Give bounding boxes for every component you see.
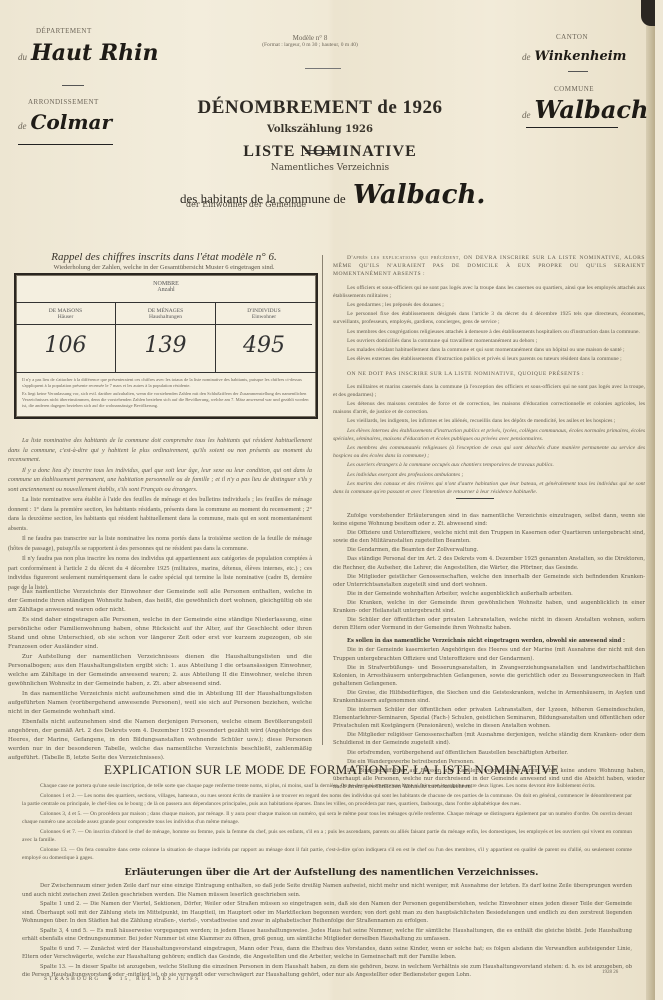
paragraph: Spalte 1 und 2. — Die Namen der Viertel,… [22, 900, 632, 926]
paragraph: Die Offiziere und Unteroffiziere, welche… [333, 529, 645, 545]
paragraph: Die internen Schüler der öffentlichen od… [333, 706, 645, 730]
paragraph: Les malades résidant habituellement dans… [333, 346, 645, 354]
erlaeuterungen-title: Erläuterungen über die Art der Aufstellu… [0, 867, 663, 878]
liste-title-german: Namentliches Verzeichnis [230, 163, 430, 173]
paragraph: Spalte 3, 4 und 5. — Es muß häuserweise … [22, 927, 632, 944]
printer-logo-icon: ❦ [108, 976, 113, 982]
paragraph: Colonnes 3, 4 et 5. — On procédera par m… [22, 810, 632, 827]
census-form-page: DÉPARTEMENT du Haut Rhin ARRONDISSEMENT … [0, 0, 655, 1000]
paragraph: Die Kranken, welche in der Gemeinde ihre… [333, 599, 645, 615]
paragraph: Il y a donc lieu d'y inscrire tous les i… [8, 466, 312, 495]
paragraph: Le personnel fixe des établissements dés… [333, 310, 645, 326]
paragraph: Les vieillards, les indigents, les infir… [333, 417, 645, 425]
paragraph: Les élèves externes des établissements d… [333, 355, 645, 363]
right-german-text: Zufolge vorstehender Erläuterungen sind … [333, 512, 645, 792]
nombre-label-german: Anzahl [16, 287, 316, 293]
explication-text: Chaque case ne portera qu'une seule insc… [22, 782, 632, 864]
modele-number: Modèle n° 8 [230, 34, 390, 42]
arrondissement-label: ARRONDISSEMENT [28, 98, 99, 106]
printer-imprint: STRASBOURG ❦ 15, RUE DES JUIFS [44, 976, 200, 982]
paragraph: Les élèves internes des établissements d… [333, 427, 645, 443]
paragraph: Les militaires et marins casernés dans l… [333, 383, 645, 399]
left-german-text: Das namentliche Verzeichnis der Einwohne… [8, 588, 312, 764]
divider [568, 71, 588, 72]
liste-title: LISTE NOMINATIVE [180, 143, 480, 161]
left-french-text: La liste nominative des habitants de la … [8, 436, 312, 593]
explication-title: EXPLICATION SUR LE MODE DE FORMATION DE … [0, 762, 663, 778]
divider [16, 372, 316, 373]
format-note: (Format : largeur, 0 m 30 ; hauteur, 0 m… [215, 42, 405, 48]
paragraph: Es sind daher eingetragen alle Personen,… [8, 616, 312, 652]
individus-value: 495 [216, 325, 312, 358]
rappel-title: Rappel des chiffres inscrits dans l'état… [14, 251, 314, 263]
paragraph: Die in der Gemeinde wohnhaften Arbeiter,… [333, 590, 645, 598]
page-title-german: Volkszählung 1926 [220, 124, 420, 135]
canton-prefix: de [522, 52, 531, 62]
print-reference: 1928 26 [602, 970, 618, 975]
paragraph: Die Mitglieder geistlicher Genossenschaf… [333, 573, 645, 589]
commune-label: COMMUNE [554, 85, 594, 93]
paper-edge [646, 0, 655, 1000]
divider [456, 498, 494, 499]
individus-column: D'INDIVIDUSEinwohner 495 [216, 303, 312, 373]
paragraph: Colonnes 1 et 2. — Les noms des quartier… [22, 792, 632, 809]
arrondissement-value: Colmar [31, 110, 113, 134]
arrondissement-field: de Colmar [18, 110, 112, 134]
rappel-title-german: Wiederholung der Zahlen, welche in der G… [14, 264, 314, 271]
menages-value: 139 [116, 325, 215, 358]
paragraph: Das namentliche Verzeichnis der Einwohne… [8, 588, 312, 615]
paragraph: Zur Aufstellung der namentlichen Verzeic… [8, 653, 312, 689]
arrondissement-prefix: de [18, 121, 27, 131]
paragraph: Die Mitglieder religiöser Genossenschaft… [333, 731, 645, 747]
paragraph: Il n'y faudra pas non plus inscrire les … [8, 554, 312, 592]
paragraph: Die Schüler der öffentlichen oder privat… [333, 616, 645, 632]
paragraph: La liste nominative sera établie à l'aid… [8, 495, 312, 533]
paragraph: Les marins des canaux et des rivières qu… [333, 480, 645, 496]
paragraph: Die Gendarmen, die Beamten der Zollverwa… [333, 546, 645, 554]
menages-header: DE MÉNAGESHaushaltungen [116, 303, 215, 325]
departement-value: Haut Rhin [31, 40, 159, 66]
departement-prefix: du [18, 52, 27, 62]
underline [18, 144, 113, 145]
canton-field: de Winkenheim [522, 47, 626, 65]
departement-field: du Haut Rhin [18, 40, 159, 66]
canton-label: CANTON [556, 33, 588, 41]
paragraph: Das ständige Personal der im Art. 2 des … [333, 555, 645, 571]
column-label-german: Häuser [16, 314, 115, 320]
rappel-note-french: Il n'y a pas lieu de s'attacher à la dif… [22, 377, 310, 389]
paragraph: Die in Strafverbüßungs- und Besserungsan… [333, 664, 645, 688]
individus-header: D'INDIVIDUSEinwohner [216, 303, 312, 325]
paragraph: Die ortsfremden, vorübergehend auf öffen… [333, 749, 645, 757]
canton-value: Winkenheim [535, 49, 627, 64]
column-label-german: Haushaltungen [116, 314, 215, 320]
commune-field: de Walbach [522, 95, 648, 124]
paragraph: Les individus exerçant des professions a… [333, 471, 645, 479]
underline [526, 127, 618, 128]
paragraph: Les gendarmes ; les préposés des douanes… [333, 301, 645, 309]
right-french-text: D'après les explications qui précèdent, … [333, 254, 645, 497]
paragraph: Die in der Gemeinde kasernierten Angehör… [333, 646, 645, 662]
paragraph: Colonnes 6 et 7. — On inscrira d'abord l… [22, 828, 632, 845]
rappel-note: Il n'y a pas lieu de s'attacher à la dif… [22, 377, 310, 409]
paragraph: Les membres des communautés religieuses … [333, 444, 645, 460]
paragraph: Les membres des congrégations religieuse… [333, 328, 645, 336]
commune-prefix: de [522, 110, 531, 120]
paragraph: Ebenfalls nicht aufzunehmen sind die Nam… [8, 718, 312, 763]
column-divider [322, 255, 323, 745]
maisons-column: DE MAISONSHäuser 106 [16, 303, 116, 373]
nombre-header: NOMBRE Anzahl [16, 275, 316, 303]
rappel-note-german: Es liegt keine Veranlassung vor, sich ev… [22, 391, 310, 409]
section-heading: Es sollen in das namentliche Verzeichnis… [333, 637, 645, 645]
paragraph: Colonne 13. — On fera connaître dans cet… [22, 846, 632, 863]
paragraph: Les officiers et sous-officiers qui ne s… [333, 284, 645, 300]
section-heading: ON NE DOIT PAS INSCRIRE SUR LA LISTE NOM… [333, 370, 645, 378]
column-label-german: Einwohner [216, 314, 312, 320]
paragraph: Les ouvriers domiciliés dans la commune … [333, 337, 645, 345]
paragraph: Zufolge vorstehender Erläuterungen sind … [333, 512, 645, 528]
paragraph: Spalte 6 und 7. — Zunächst wird der Haus… [22, 945, 632, 962]
paragraph: La liste nominative des habitants de la … [8, 436, 312, 465]
paragraph: D'après les explications qui précèdent, … [333, 254, 645, 279]
erlaeuterungen-text: Der Zwischenraum einer jeden Zeile darf … [22, 882, 632, 981]
divider [62, 85, 84, 86]
rappel-table: NOMBRE Anzahl DE MAISONSHäuser 106 DE MÉ… [14, 273, 318, 419]
habitants-german: der Einwohner der Gemeinde [186, 200, 306, 209]
binding-corner [641, 0, 655, 26]
printer-address: 15, RUE DES JUIFS [120, 976, 200, 982]
paragraph: In das namentliche Verzeichnis nicht auf… [8, 690, 312, 717]
paragraph: Les ouvriers étrangers à la commune occu… [333, 461, 645, 469]
paragraph: Der Zwischenraum einer jeden Zeile darf … [22, 882, 632, 899]
divider [305, 68, 341, 69]
menages-column: DE MÉNAGESHaushaltungen 139 [116, 303, 216, 373]
habitants-commune: Walbach. [353, 180, 485, 210]
paragraph: Chaque case ne portera qu'une seule insc… [22, 782, 632, 791]
printer-city: STRASBOURG [44, 976, 100, 982]
maisons-header: DE MAISONSHäuser [16, 303, 115, 325]
commune-value: Walbach [535, 95, 649, 124]
departement-label: DÉPARTEMENT [36, 27, 92, 35]
page-title: DÉNOMBREMENT de 1926 [170, 97, 470, 119]
maisons-value: 106 [16, 325, 115, 358]
paragraph: Die Greise, die Hilfsbedürftigen, die Si… [333, 689, 645, 705]
paragraph: Les détenus des maisons centrales de for… [333, 400, 645, 416]
paragraph: Il ne faudra pas transcrire sur la liste… [8, 534, 312, 553]
